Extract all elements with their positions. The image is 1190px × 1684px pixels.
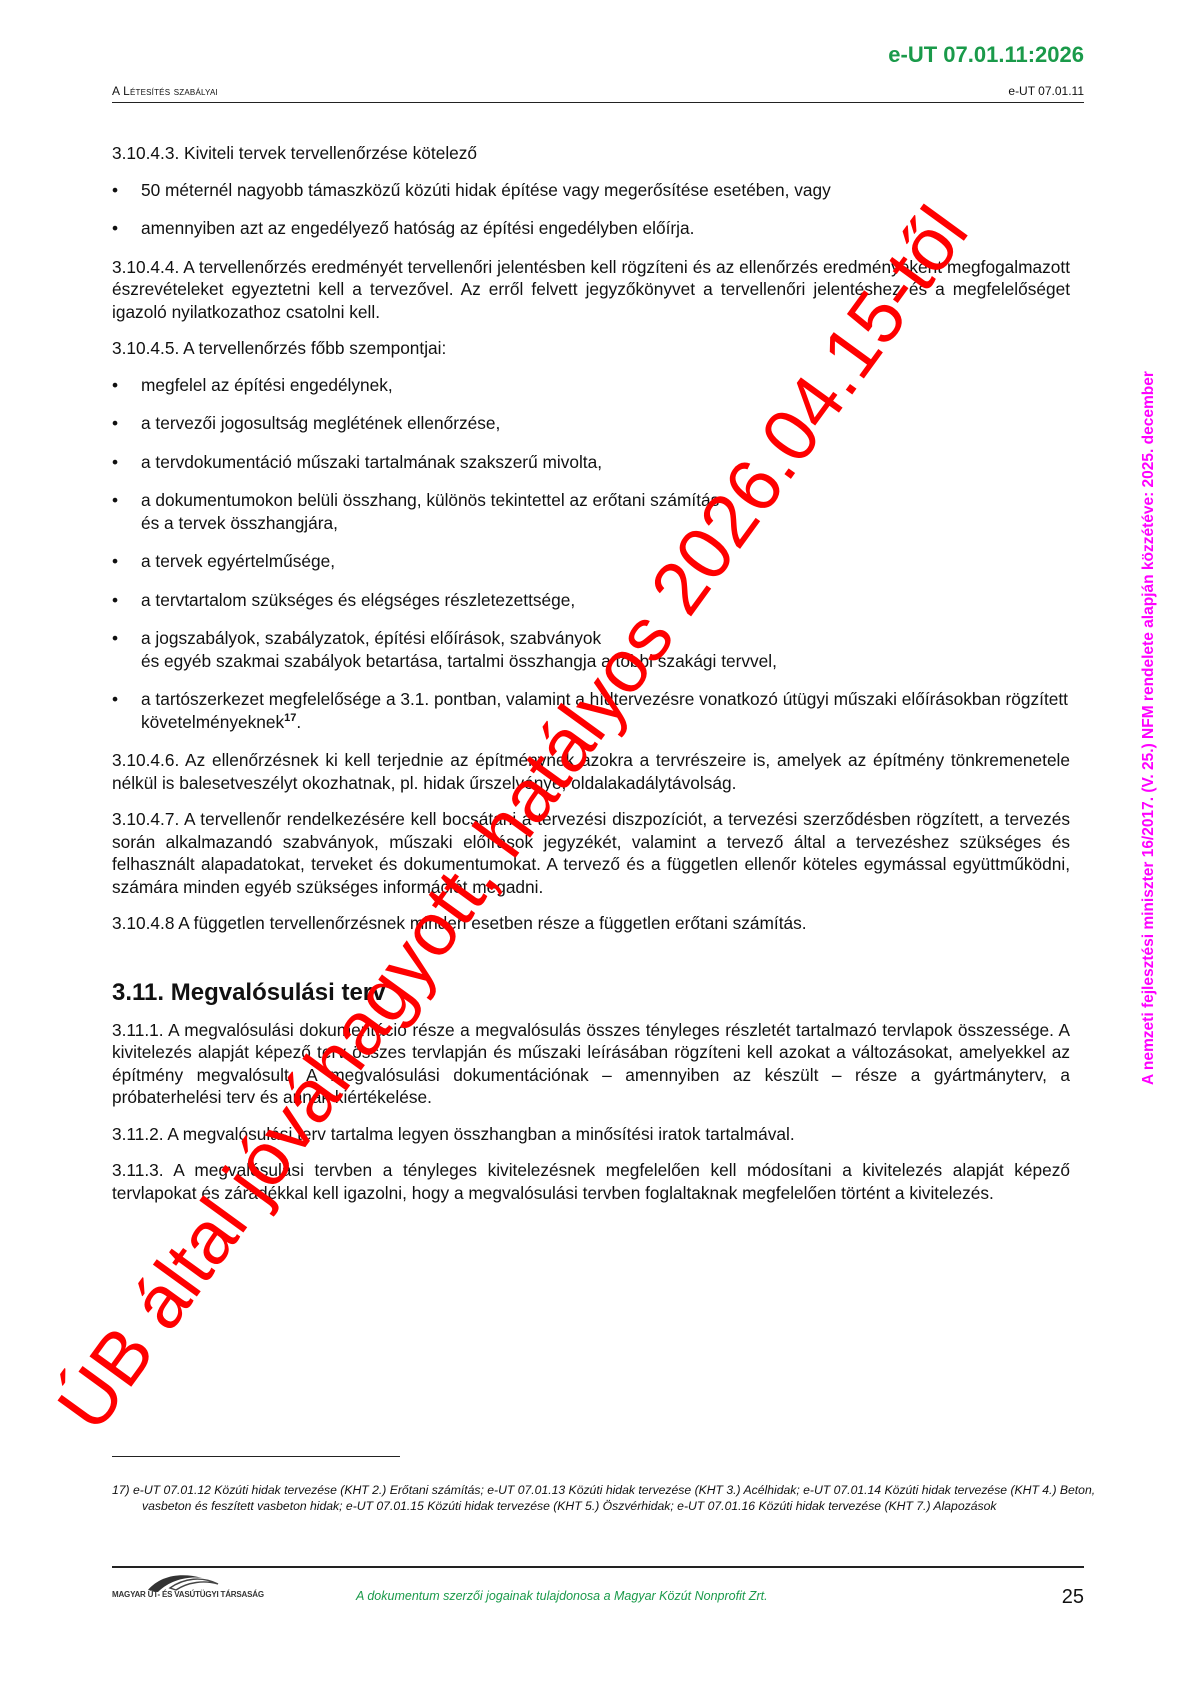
list-item: a jogszabályok, szabályzatok, építési el… — [112, 627, 1070, 672]
paragraph-3-10-4-4: 3.10.4.4. A tervellenőrzés eredményét te… — [112, 256, 1070, 324]
running-title: A Létesítés szabályai — [112, 84, 218, 98]
running-header: A Létesítés szabályai e-UT 07.01.11 — [112, 82, 1084, 103]
document-code: e-UT 07.01.11:2026 — [888, 42, 1084, 68]
list-item: megfelel az építési engedélynek, — [112, 374, 1070, 397]
page-content: 3.10.4.3. Kiviteli tervek tervellenőrzés… — [112, 142, 1070, 1218]
list-item: 50 méternél nagyobb támaszközű közúti hi… — [112, 179, 1070, 202]
paragraph-3-10-4-8: 3.10.4.8 A független tervellenőrzésnek m… — [112, 912, 1070, 935]
section-heading-3-11: 3.11. Megvalósulási terv — [112, 979, 1070, 1007]
copyright-notice: A dokumentum szerzői jogainak tulajdonos… — [356, 1589, 768, 1603]
list-item-text: a tartószerkezet megfelelősége a 3.1. po… — [141, 689, 1068, 732]
list-item: amennyiben azt az engedélyező hatóság az… — [112, 217, 1070, 240]
logo-swoosh-icon — [140, 1570, 230, 1592]
bullet-list-1: 50 méternél nagyobb támaszközű közúti hi… — [112, 179, 1070, 240]
paragraph-3-10-4-7: 3.10.4.7. A tervellenőr rendelkezésére k… — [112, 808, 1070, 898]
list-item: a tartószerkezet megfelelősége a 3.1. po… — [112, 688, 1070, 733]
footnote-divider — [112, 1456, 400, 1457]
society-logo: MAGYAR ÚT- ÉS VASÚTÜGYI TÁRSASÁG — [112, 1570, 272, 1612]
paragraph-3-10-4-6: 3.10.4.6. Az ellenőrzésnek ki kell terje… — [112, 749, 1070, 794]
list-item: a tervek egyértelműsége, — [112, 550, 1070, 573]
footer-divider — [112, 1566, 1084, 1568]
running-code: e-UT 07.01.11 — [1008, 84, 1084, 98]
bullet-list-2: megfelel az építési engedélynek, a terve… — [112, 374, 1070, 734]
paragraph-3-10-4-3: 3.10.4.3. Kiviteli tervek tervellenőrzés… — [112, 142, 1070, 165]
list-item: a dokumentumokon belüli összhang, különö… — [112, 489, 1070, 534]
paragraph-3-11-1: 3.11.1. A megvalósulási dokumentáció rés… — [112, 1019, 1070, 1109]
paragraph-3-11-2: 3.11.2. A megvalósulási terv tartalma le… — [112, 1123, 1070, 1146]
paragraph-3-10-4-5: 3.10.4.5. A tervellenőrzés főbb szempont… — [112, 337, 1070, 360]
list-item: a tervezői jogosultság meglétének ellenő… — [112, 412, 1070, 435]
list-item: a tervdokumentáció műszaki tartalmának s… — [112, 451, 1070, 474]
footnote-ref[interactable]: 17 — [284, 712, 296, 724]
footnote-17: 17) e-UT 07.01.12 Közúti hidak tervezése… — [112, 1482, 1112, 1514]
publication-side-note: A nemzeti fejlesztési miniszter 16/2017.… — [1140, 371, 1158, 1085]
page-number: 25 — [1062, 1586, 1084, 1609]
list-item: a tervtartalom szükséges és elégséges ré… — [112, 589, 1070, 612]
logo-text: MAGYAR ÚT- ÉS VASÚTÜGYI TÁRSASÁG — [112, 1590, 264, 1599]
paragraph-3-11-3: 3.11.3. A megvalósulási tervben a tényle… — [112, 1159, 1070, 1204]
